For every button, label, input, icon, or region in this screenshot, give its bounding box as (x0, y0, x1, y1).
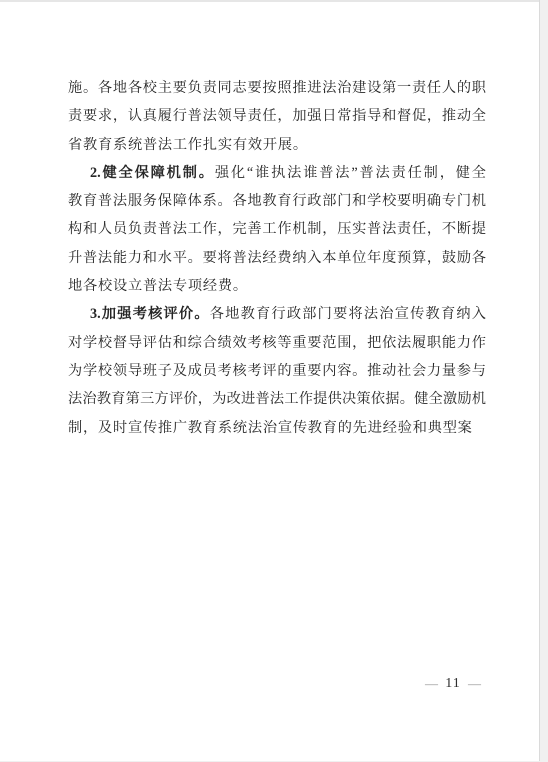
document-page: 施。各地各校主要负责同志要按照推进法治建设第一责任人的职责要求，认真履行普法领导… (0, 0, 548, 762)
page-number-value: 11 (445, 675, 460, 693)
text-line: 教育普法服务保障体系。各地教育行政部门和学校要明确专门机 (68, 187, 486, 215)
text-line: 升普法能力和水平。要将普法经费纳入本单位年度预算，鼓励各 (68, 244, 486, 272)
text-line: 省教育系统普法工作扎实有效开展。 (68, 131, 486, 159)
text-line: 对学校督导评估和综合绩效考核等重要范围，把依法履职能力作 (68, 329, 486, 357)
heading-bold-text: 2.健全保障机制。 (90, 165, 215, 181)
paragraph-heading-line: 3.加强考核评价。各地教育行政部门要将法治宣传教育纳入 (68, 300, 486, 328)
page-number-left-dash: — (425, 675, 438, 693)
body-text-block: 施。各地各校主要负责同志要按照推进法治建设第一责任人的职责要求，认真履行普法领导… (68, 74, 486, 442)
page-top-edge (0, 0, 548, 2)
paragraph-heading-line: 2.健全保障机制。强化“谁执法谁普法”普法责任制，健全 (68, 159, 486, 187)
page-scan-edge-right (539, 0, 548, 762)
page-number: — 11 — (425, 675, 481, 693)
text-line: 施。各地各校主要负责同志要按照推进法治建设第一责任人的职 (68, 74, 486, 102)
text-line: 制，及时宣传推广教育系统法治宣传教育的先进经验和典型案例。 (68, 414, 486, 442)
page-number-right-dash: — (468, 675, 481, 693)
heading-bold-text: 3.加强考核评价。 (90, 306, 210, 322)
text-line: 构和人员负责普法工作，完善工作机制，压实普法责任，不断提 (68, 215, 486, 243)
text-line: 法治教育第三方评价，为改进普法工作提供决策依据。健全激励机 (68, 385, 486, 413)
text-line: 责要求，认真履行普法领导责任，加强日常指导和督促，推动全 (68, 102, 486, 130)
text-line: 地各校设立普法专项经费。 (68, 272, 486, 300)
text-line: 为学校领导班子及成员考核考评的重要内容。推动社会力量参与 (68, 357, 486, 385)
